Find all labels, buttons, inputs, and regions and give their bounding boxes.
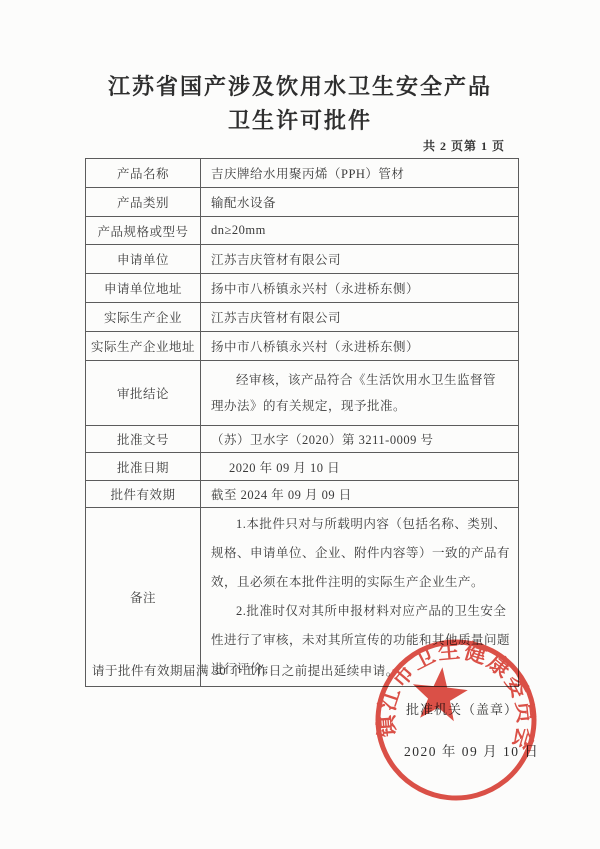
renewal-note: 请于批件有效期届满 30 个工作日之前提出延续申请。	[92, 661, 399, 679]
row-label: 批件有效期	[86, 481, 201, 508]
row-value: 经审核，该产品符合《生活饮用水卫生监督管理办法》的有关规定，现予批准。	[201, 361, 519, 426]
table-row-manufacturer-address: 实际生产企业地址 扬中市八桥镇永兴村（永进桥东侧）	[86, 332, 519, 361]
table-row-product-category: 产品类别 输配水设备	[86, 188, 519, 217]
row-label: 批准文号	[86, 426, 201, 453]
remarks-item-1: 1.本批件只对与所载明内容（包括名称、类别、规格、申请单位、企业、附件内容等）一…	[211, 510, 510, 597]
document-title-line1: 江苏省国产涉及饮用水卫生安全产品	[0, 70, 600, 104]
row-label: 申请单位地址	[86, 274, 201, 303]
scanned-license-document: 江苏省国产涉及饮用水卫生安全产品 卫生许可批件 共 2 页第 1 页 产品名称 …	[0, 0, 600, 849]
row-label: 申请单位	[86, 245, 201, 274]
table-row-validity: 批件有效期 截至 2024 年 09 月 09 日	[86, 481, 519, 508]
row-value: 截至 2024 年 09 月 09 日	[201, 481, 519, 508]
row-label: 产品类别	[86, 188, 201, 217]
table-row-approval-number: 批准文号 （苏）卫水字（2020）第 3211-0009 号	[86, 426, 519, 453]
document-title: 江苏省国产涉及饮用水卫生安全产品 卫生许可批件	[0, 70, 600, 138]
document-title-line2: 卫生许可批件	[0, 104, 600, 138]
row-label: 批准日期	[86, 453, 201, 481]
row-label: 实际生产企业地址	[86, 332, 201, 361]
row-label: 审批结论	[86, 361, 201, 426]
official-seal: 镇江市卫生健康委员会	[359, 625, 552, 814]
row-value: 输配水设备	[201, 188, 519, 217]
table-row-applicant-address: 申请单位地址 扬中市八桥镇永兴村（永进桥东侧）	[86, 274, 519, 303]
table-row-conclusion: 审批结论 经审核，该产品符合《生活饮用水卫生监督管理办法》的有关规定，现予批准。	[86, 361, 519, 426]
row-value: 扬中市八桥镇永兴村（永进桥东侧）	[201, 274, 519, 303]
row-label: 产品规格或型号	[86, 217, 201, 245]
row-value: 吉庆牌给水用聚丙烯（PPH）管材	[201, 159, 519, 188]
conclusion-text: 经审核，该产品符合《生活饮用水卫生监督管理办法》的有关规定，现予批准。	[211, 363, 510, 423]
table-row-applicant: 申请单位 江苏吉庆管材有限公司	[86, 245, 519, 274]
page-indicator: 共 2 页第 1 页	[423, 137, 505, 154]
row-value: 2020 年 09 月 10 日	[201, 453, 519, 481]
row-value: 扬中市八桥镇永兴村（永进桥东侧）	[201, 332, 519, 361]
row-value: （苏）卫水字（2020）第 3211-0009 号	[201, 426, 519, 453]
table-row-approval-date: 批准日期 2020 年 09 月 10 日	[86, 453, 519, 481]
row-label: 实际生产企业	[86, 303, 201, 332]
row-value: 江苏吉庆管材有限公司	[201, 245, 519, 274]
row-value: 江苏吉庆管材有限公司	[201, 303, 519, 332]
table-row-product-name: 产品名称 吉庆牌给水用聚丙烯（PPH）管材	[86, 159, 519, 188]
row-label: 备注	[86, 508, 201, 687]
row-value: dn≥20mm	[201, 217, 519, 245]
table-row-manufacturer: 实际生产企业 江苏吉庆管材有限公司	[86, 303, 519, 332]
license-table: 产品名称 吉庆牌给水用聚丙烯（PPH）管材 产品类别 输配水设备 产品规格或型号…	[85, 158, 519, 687]
table-row-product-spec: 产品规格或型号 dn≥20mm	[86, 217, 519, 245]
row-label: 产品名称	[86, 159, 201, 188]
